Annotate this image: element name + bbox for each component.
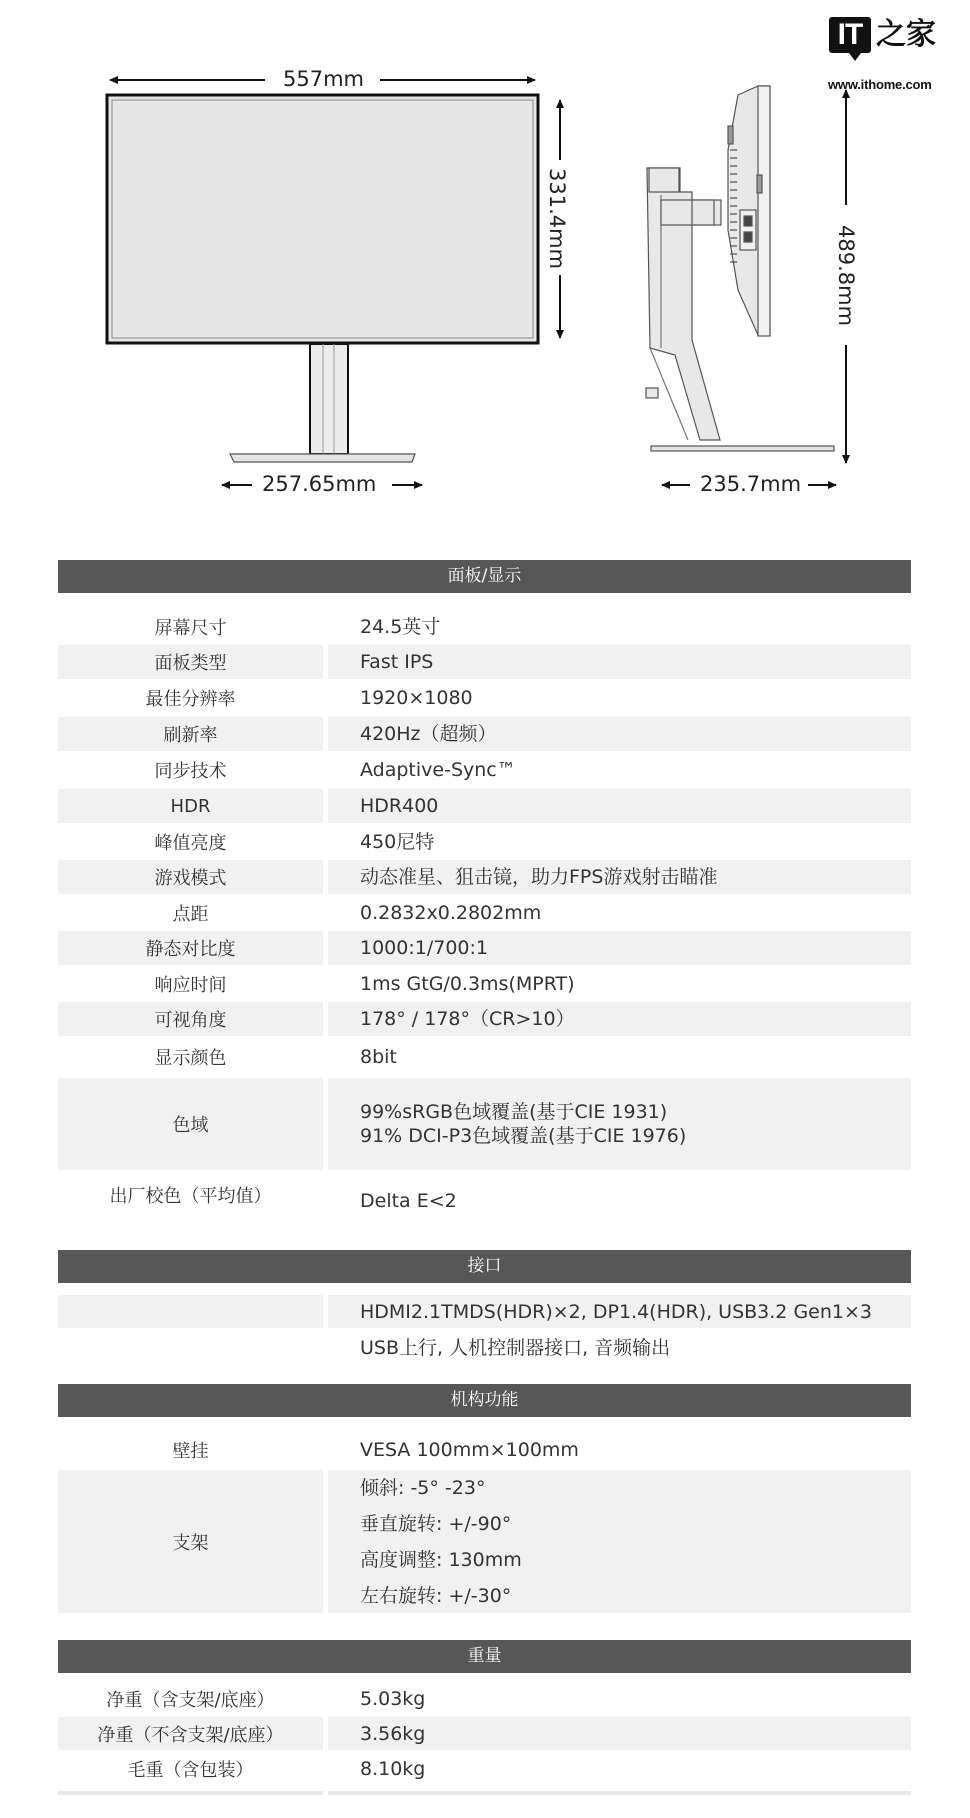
spec-value: 420Hz（超频）: [328, 717, 911, 751]
spec-label: 静态对比度: [58, 931, 323, 965]
spec-row: 壁挂 VESA 100mm×100mm: [58, 1430, 911, 1470]
spec-row: 屏幕尺寸 24.5英寸: [58, 609, 911, 645]
spec-label: 净重（含支架/底座）: [58, 1680, 323, 1717]
spec-label: 出厂校色（平均值）: [58, 1170, 323, 1232]
total-height-label: 489.8mm: [834, 225, 858, 325]
spec-row: 同步技术 Adaptive-Sync™: [58, 751, 911, 789]
monitor-side-icon: [646, 86, 834, 451]
spec-value: 5.03kg: [328, 1680, 911, 1717]
spec-label: [58, 1295, 323, 1328]
section-header-mechanical: 机构功能: [58, 1384, 911, 1417]
front-width-label: 557mm: [283, 67, 364, 91]
spec-row: 静态对比度 1000:1/700:1: [58, 931, 911, 965]
spec-row: HDR HDR400: [58, 789, 911, 823]
spec-label: HDR: [58, 789, 323, 823]
spec-value: Delta E<2: [328, 1170, 911, 1232]
spec-value: 动态准星、狙击镜，助力FPS游戏射击瞄准: [328, 860, 911, 894]
spec-row: USB上行, 人机控制器接口, 音频输出: [58, 1330, 911, 1366]
section-header-panel: 面板/显示: [58, 560, 911, 593]
spec-label: 面板类型: [58, 645, 323, 679]
spec-row: 游戏模式 动态准星、狙击镜，助力FPS游戏射击瞄准: [58, 860, 911, 894]
spec-label: 壁挂: [58, 1430, 323, 1470]
spec-row: 出厂校色（平均值） Delta E<2: [58, 1170, 911, 1232]
spec-value: Adaptive-Sync™: [328, 751, 911, 789]
spec-label: 屏幕尺寸: [58, 609, 323, 645]
spec-value: HDMI2.1TMDS(HDR)×2, DP1.4(HDR), USB3.2 G…: [328, 1295, 911, 1328]
spec-value: 24.5英寸: [328, 609, 911, 645]
spec-row: 毛重（含包装） 8.10kg: [58, 1750, 911, 1788]
spec-row: HDMI2.1TMDS(HDR)×2, DP1.4(HDR), USB3.2 G…: [58, 1295, 911, 1328]
front-height-label: 331.4mm: [545, 168, 569, 268]
spec-value: HDR400: [328, 789, 911, 823]
spec-value: Fast IPS: [328, 645, 911, 679]
spec-value: 450尼特: [328, 823, 911, 860]
spec-row: 色域 99%sRGB色域覆盖(基于CIE 1931) 91% DCI-P3色域覆…: [58, 1078, 911, 1170]
spec-value: 8bit: [328, 1036, 911, 1078]
spec-row: 响应时间 1ms GtG/0.3ms(MPRT): [58, 965, 911, 1002]
spec-value: 1000:1/700:1: [328, 931, 911, 965]
spec-label: 毛重（含包装）: [58, 1750, 323, 1788]
monitor-front-icon: [107, 95, 538, 462]
spec-value: 8.10kg: [328, 1750, 911, 1788]
spec-row: 支架 倾斜: -5° -23° 垂直旋转: +/-90° 高度调整: 130mm…: [58, 1470, 911, 1613]
spec-value: 178° / 178°（CR>10）: [328, 1002, 911, 1036]
base-depth-label: 235.7mm: [700, 472, 801, 496]
section-header-ports: 接口: [58, 1250, 911, 1283]
spec-row: 刷新率 420Hz（超频）: [58, 717, 911, 751]
spec-row: 显示颜色 8bit: [58, 1036, 911, 1078]
spec-value: USB上行, 人机控制器接口, 音频输出: [328, 1330, 911, 1366]
base-width-label: 257.65mm: [262, 472, 376, 496]
spec-label: 点距: [58, 894, 323, 931]
spec-row: 可视角度 178° / 178°（CR>10）: [58, 1002, 911, 1036]
section-header-weight: 重量: [58, 1640, 911, 1673]
spec-value: 99%sRGB色域覆盖(基于CIE 1931) 91% DCI-P3色域覆盖(基…: [328, 1078, 911, 1170]
spec-row: 净重（不含支架/底座） 3.56kg: [58, 1717, 911, 1750]
spec-label: 可视角度: [58, 1002, 323, 1036]
spec-value: 1ms GtG/0.3ms(MPRT): [328, 965, 911, 1002]
spec-value: 0.2832x0.2802mm: [328, 894, 911, 931]
spec-row: 峰值亮度 450尼特: [58, 823, 911, 860]
spec-value: 3.56kg: [328, 1717, 911, 1750]
spec-row: 点距 0.2832x0.2802mm: [58, 894, 911, 931]
table-bottom-divider: [328, 1791, 911, 1795]
spec-row: 净重（含支架/底座） 5.03kg: [58, 1680, 911, 1717]
table-bottom-divider: [58, 1791, 323, 1795]
spec-label: 同步技术: [58, 751, 323, 789]
spec-row: 最佳分辨率 1920×1080: [58, 679, 911, 717]
monitor-dimension-diagram: [0, 0, 970, 520]
spec-label: 游戏模式: [58, 860, 323, 894]
spec-label: 色域: [58, 1078, 323, 1170]
spec-label: 显示颜色: [58, 1036, 323, 1078]
spec-label: 净重（不含支架/底座）: [58, 1717, 323, 1750]
spec-label: 峰值亮度: [58, 823, 323, 860]
spec-label: 刷新率: [58, 717, 323, 751]
spec-row: 面板类型 Fast IPS: [58, 645, 911, 679]
spec-label: [58, 1330, 323, 1366]
spec-label: 最佳分辨率: [58, 679, 323, 717]
spec-label: 支架: [58, 1470, 323, 1613]
spec-value: VESA 100mm×100mm: [328, 1430, 911, 1470]
spec-value: 1920×1080: [328, 679, 911, 717]
spec-label: 响应时间: [58, 965, 323, 1002]
spec-value: 倾斜: -5° -23° 垂直旋转: +/-90° 高度调整: 130mm 左右…: [328, 1470, 911, 1613]
